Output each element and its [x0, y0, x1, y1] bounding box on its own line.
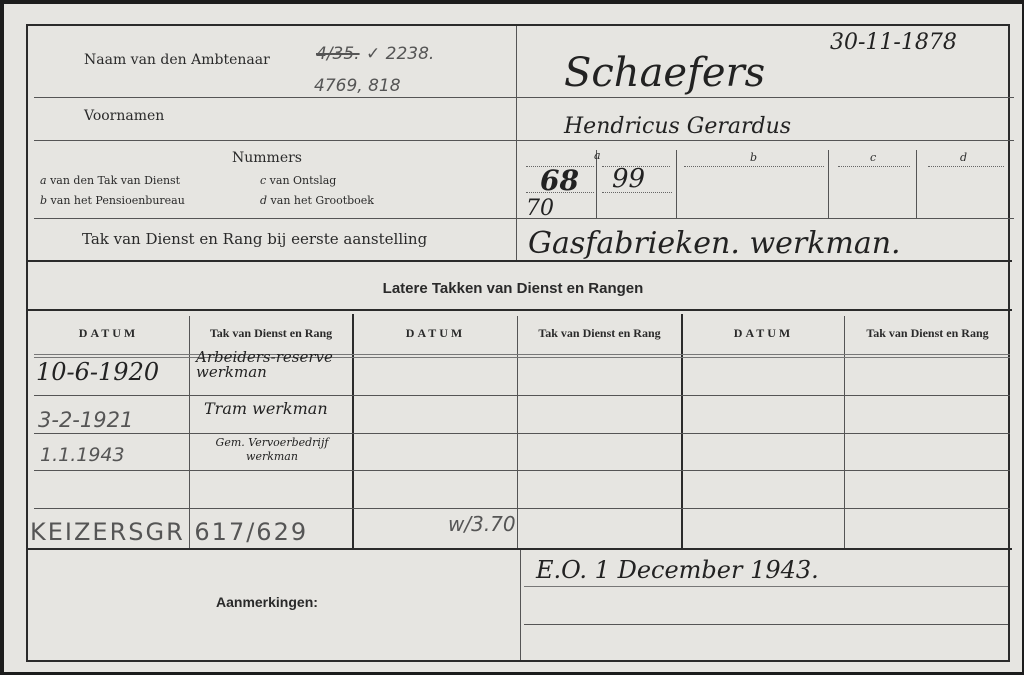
col-divider-1	[189, 316, 190, 548]
remark: E.O. 1 December 1943.	[536, 556, 819, 584]
remarks-divider	[520, 550, 521, 660]
birth-date: 30-11-1878	[830, 30, 957, 55]
row-line-2	[34, 140, 1014, 141]
header-datum-2: DATUM	[354, 326, 517, 341]
row-3-datum: 1.1.1943	[40, 444, 125, 466]
col-divider-4	[681, 314, 683, 548]
col-divider-2	[352, 314, 354, 548]
col-letter-d: d	[960, 151, 967, 164]
row-2-tak: Tram werkman	[204, 400, 344, 417]
col-divider-3	[517, 316, 518, 548]
given-names: Hendricus Gerardus	[564, 114, 791, 139]
row-1-datum: 10-6-1920	[36, 358, 159, 386]
col-letter-c: c	[870, 151, 876, 164]
nummer-a-label: a van den Tak van Dienst	[40, 174, 180, 187]
num-bc-divider	[828, 150, 829, 218]
header-rule-b	[34, 357, 1010, 358]
header-tak-3: Tak van Dienst en Rang	[845, 326, 1010, 341]
ref-number-1: ✓ 2238.	[366, 44, 434, 64]
header-rule-a	[34, 354, 1010, 355]
label-voornamen: Voornamen	[84, 108, 164, 124]
header-datum-3: DATUM	[683, 326, 844, 341]
remarks-line-1	[524, 586, 1008, 587]
nummer-d-label: d van het Grootboek	[260, 194, 374, 207]
ref-struck: 4/35.	[316, 44, 360, 64]
label-aanmerkingen: Aanmerkingen:	[216, 594, 318, 610]
dotline	[838, 166, 910, 167]
card-frame	[26, 24, 1010, 662]
table-row-line	[34, 395, 1010, 396]
table-row-line	[34, 470, 1010, 471]
top-center-divider	[516, 26, 517, 260]
label-naam: Naam van den Ambtenaar	[84, 52, 270, 68]
header-tak-1: Tak van Dienst en Rang	[190, 326, 352, 341]
number-a-2: 99	[612, 164, 645, 194]
row-line-3	[34, 218, 1014, 219]
number-a-1-alt: 70	[526, 196, 554, 221]
address: KEIZERSGR 617/629	[30, 518, 308, 546]
row-1-tak: Arbeiders-reserve werkman	[196, 350, 346, 380]
label-eerste-aanstelling: Tak van Dienst en Rang bij eerste aanste…	[82, 230, 427, 248]
table-row-line	[34, 508, 1010, 509]
num-cd-divider	[916, 150, 917, 218]
number-a-1: 68	[540, 164, 579, 197]
col-letter-b: b	[750, 151, 757, 164]
address-note: w/3.70	[448, 512, 516, 536]
col-divider-5	[844, 316, 845, 548]
label-nummers: Nummers	[232, 150, 302, 166]
nummer-b-label: b van het Pensioenbureau	[40, 194, 185, 207]
surname: Schaefers	[564, 50, 765, 96]
nummer-c-label: c van Ontslag	[260, 174, 336, 187]
num-ab-divider	[676, 150, 677, 218]
col-letter-a: a	[594, 149, 601, 162]
row-line-1	[34, 97, 1014, 98]
row-2-datum: 3-2-1921	[38, 408, 133, 432]
header-datum-1: DATUM	[28, 326, 189, 341]
ref-number-2: 4769, 818	[314, 76, 401, 96]
dotline	[684, 166, 824, 167]
heading-latere-takken: Latere Takken van Dienst en Rangen	[4, 280, 1022, 297]
header-tak-2: Tak van Dienst en Rang	[518, 326, 681, 341]
record-card: Naam van den Ambtenaar 4/35. ✓ 2238. 476…	[4, 4, 1022, 672]
first-appointment: Gasfabrieken. werkman.	[528, 226, 901, 261]
table-row-line	[34, 433, 1010, 434]
table-top-rule	[28, 309, 1012, 311]
row-3-tak: Gem. Vervoerbedrijf werkman	[192, 436, 352, 464]
remarks-line-2	[524, 624, 1008, 625]
dotline	[928, 166, 1004, 167]
